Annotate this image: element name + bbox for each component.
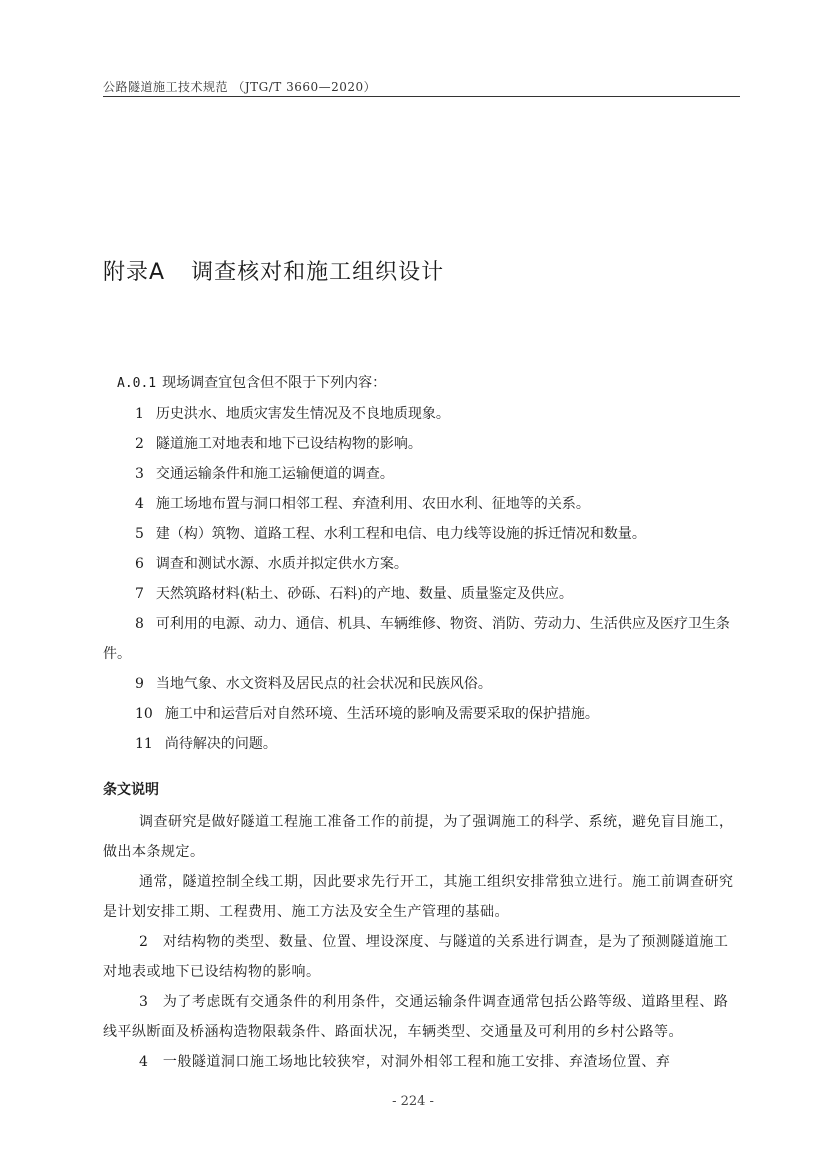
list-item: 6调查和测试水源、水质并拟定供水方案。	[103, 549, 740, 579]
list-item: 4施工场地布置与洞口相邻工程、弃渣利用、农田水利、征地等的关系。	[103, 489, 740, 519]
item-number: 8	[135, 609, 144, 639]
explanation-paragraph: 调查研究是做好隧道工程施工准备工作的前提，为了强调施工的科学、系统，避免盲目施工…	[103, 807, 740, 867]
item-number: 6	[135, 549, 144, 579]
item-number: 9	[135, 669, 144, 699]
explanation-paragraph: 4 一般隧道洞口施工场地比较狭窄，对洞外相邻工程和施工安排、弃渣场位置、弃	[103, 1047, 740, 1077]
explanation-paragraph: 通常，隧道控制全线工期，因此要求先行开工，其施工组织安排常独立进行。施工前调查研…	[103, 867, 740, 927]
item-text: 调查和测试水源、水质并拟定供水方案。	[156, 556, 408, 572]
item-number: 3	[135, 459, 144, 489]
clause-text: 现场调查宜包含但不限于下列内容：	[162, 375, 386, 391]
item-number: 11	[135, 729, 153, 759]
item-number: 5	[135, 519, 144, 549]
item-text: 施工场地布置与洞口相邻工程、弃渣利用、农田水利、征地等的关系。	[156, 496, 590, 512]
item-text: 交通运输条件和施工运输便道的调查。	[156, 466, 394, 482]
item-number: 7	[135, 579, 144, 609]
list-item: 7天然筑路材料(粘土、砂砾、石料)的产地、数量、质量鉴定及供应。	[103, 579, 740, 609]
running-header: 公路隧道施工技术规范 （JTG/T 3660—2020）	[103, 78, 740, 95]
page-number: - 224 -	[0, 1094, 826, 1109]
item-text: 当地气象、水文资料及居民点的社会状况和民族风俗。	[156, 676, 492, 692]
item-text: 建（构）筑物、道路工程、水利工程和电信、电力线等设施的拆迁情况和数量。	[156, 526, 646, 542]
list-item: 8可利用的电源、动力、通信、机具、车辆维修、物资、消防、劳动力、生活供应及医疗卫…	[103, 609, 740, 669]
list-item: 5建（构）筑物、道路工程、水利工程和电信、电力线等设施的拆迁情况和数量。	[103, 519, 740, 549]
list-item: 3交通运输条件和施工运输便道的调查。	[103, 459, 740, 489]
clause-heading: A.0.1现场调查宜包含但不限于下列内容：	[103, 368, 740, 399]
clause-number: A.0.1	[117, 376, 156, 391]
item-number: 1	[135, 399, 144, 429]
header-divider	[103, 96, 740, 97]
list-item: 10施工中和运营后对自然环境、生活环境的影响及需要采取的保护措施。	[103, 699, 740, 729]
item-text: 施工中和运营后对自然环境、生活环境的影响及需要采取的保护措施。	[165, 706, 599, 722]
item-number: 10	[135, 699, 153, 729]
list-item: 1历史洪水、地质灾害发生情况及不良地质现象。	[103, 399, 740, 429]
item-text: 尚待解决的问题。	[165, 736, 277, 752]
item-text: 天然筑路材料(粘土、砂砾、石料)的产地、数量、质量鉴定及供应。	[156, 586, 573, 602]
explanation-heading: 条文说明	[103, 775, 740, 805]
list-item: 11尚待解决的问题。	[103, 729, 740, 759]
list-item: 9当地气象、水文资料及居民点的社会状况和民族风俗。	[103, 669, 740, 699]
item-text: 隧道施工对地表和地下已设结构物的影响。	[156, 436, 422, 452]
appendix-label: 附录A	[103, 260, 165, 285]
item-number: 2	[135, 429, 144, 459]
appendix-title: 附录A调查核对和施工组织设计	[103, 255, 444, 286]
explanation-paragraph: 3 为了考虑既有交通条件的利用条件，交通运输条件调查通常包括公路等级、道路里程、…	[103, 987, 740, 1047]
appendix-title-text: 调查核对和施工组织设计	[191, 260, 444, 285]
main-content: A.0.1现场调查宜包含但不限于下列内容： 1历史洪水、地质灾害发生情况及不良地…	[103, 368, 740, 1077]
list-item: 2隧道施工对地表和地下已设结构物的影响。	[103, 429, 740, 459]
item-text: 可利用的电源、动力、通信、机具、车辆维修、物资、消防、劳动力、生活供应及医疗卫生…	[103, 616, 730, 662]
item-text: 历史洪水、地质灾害发生情况及不良地质现象。	[156, 406, 450, 422]
explanation-paragraph: 2 对结构物的类型、数量、位置、埋设深度、与隧道的关系进行调查，是为了预测隧道施…	[103, 927, 740, 987]
item-number: 4	[135, 489, 144, 519]
